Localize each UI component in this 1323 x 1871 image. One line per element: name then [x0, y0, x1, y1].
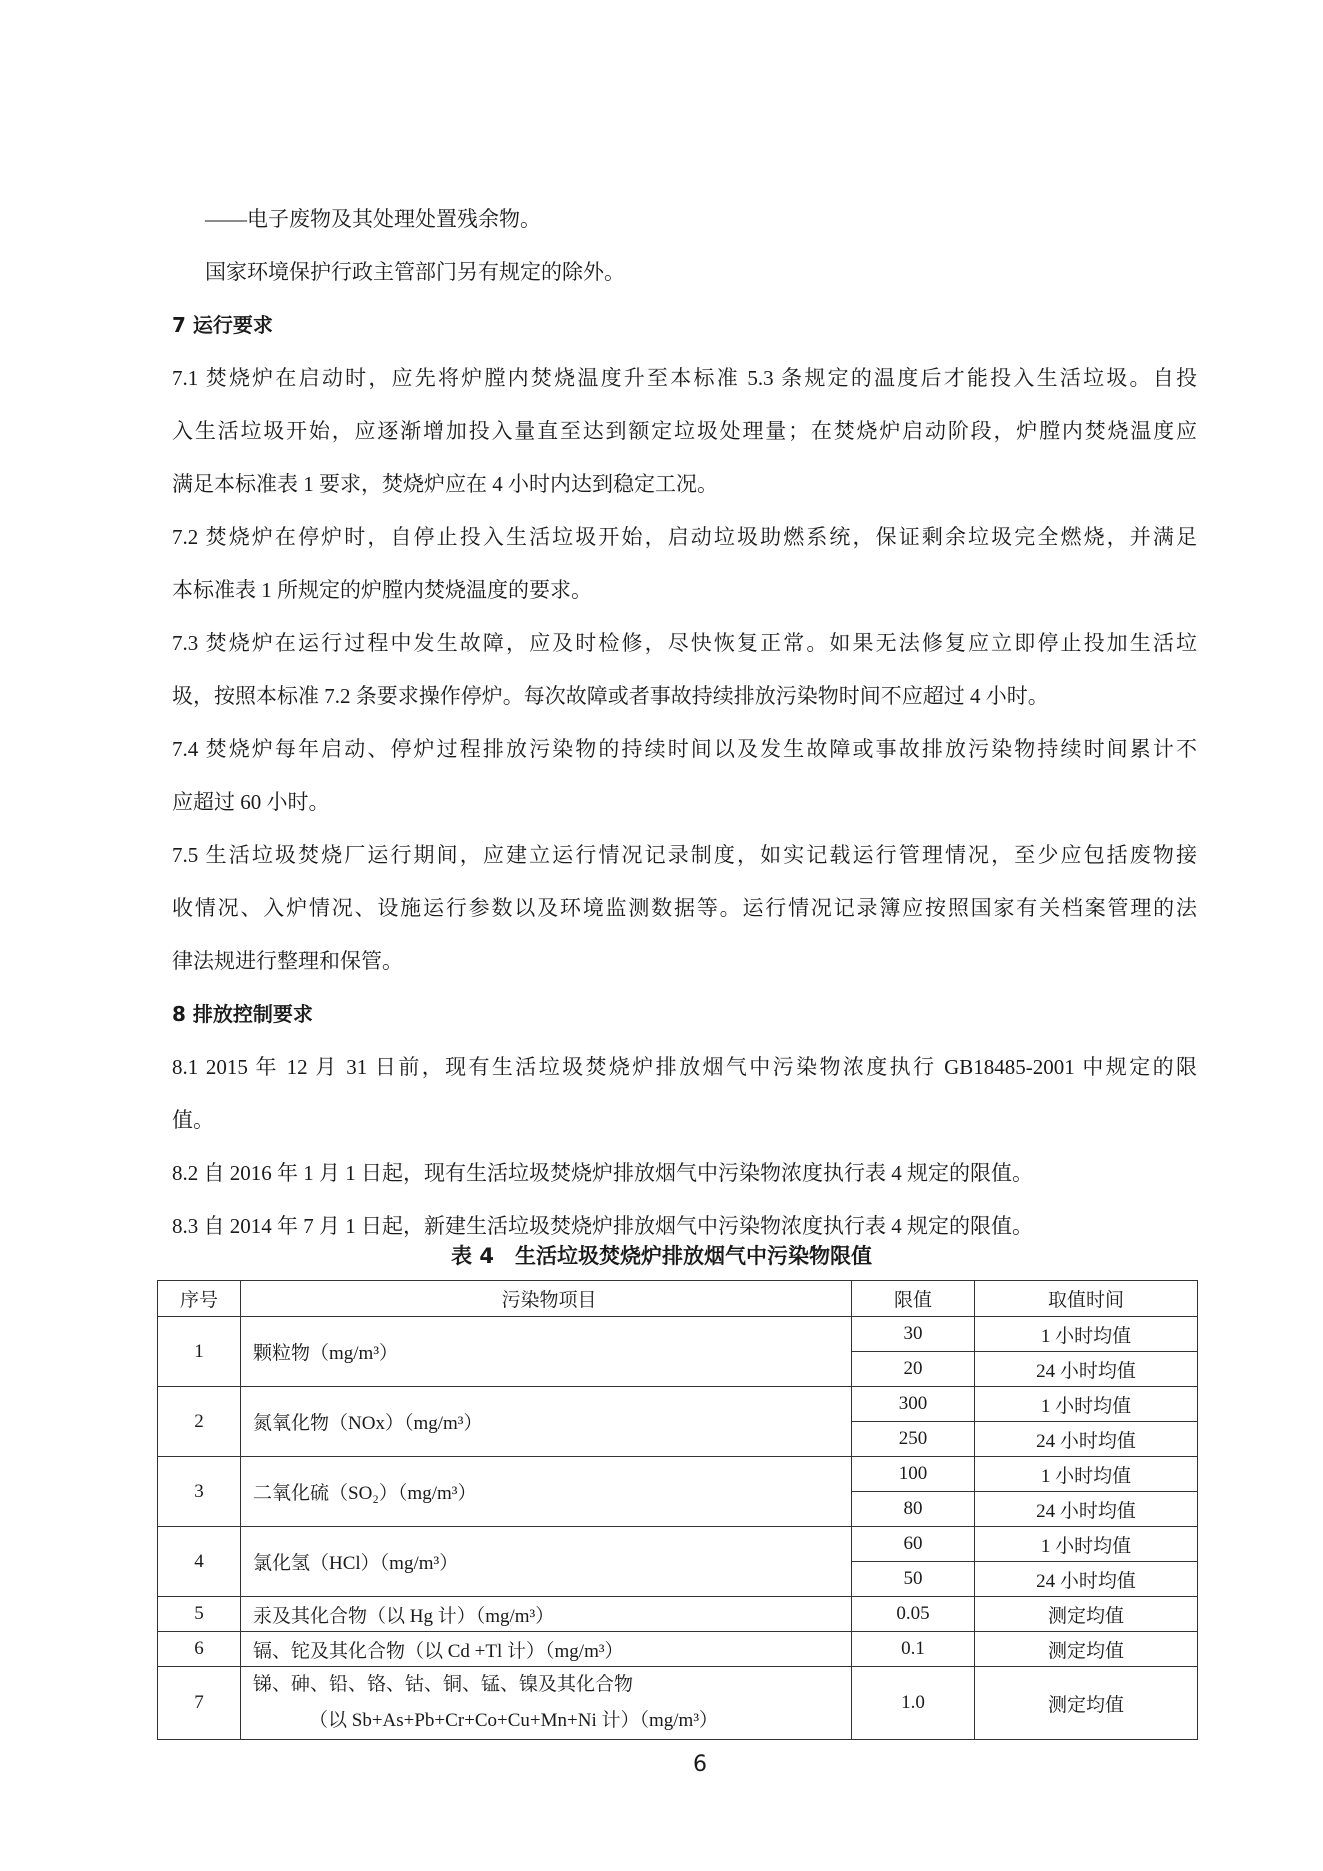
table-row: 3 二氧化硫（SO₂）（mg/m³） 100 1 小时均值 [158, 1457, 1198, 1492]
table-row: 7 锑、砷、铅、铬、钴、铜、锰、镍及其化合物 （以 Sb+As+Pb+Cr+Co… [158, 1667, 1198, 1740]
row-limit: 30 [852, 1317, 975, 1352]
row-item: 镉、铊及其化合物（以 Cd +Tl 计）（mg/m³） [241, 1632, 852, 1667]
row-time: 1 小时均值 [975, 1527, 1198, 1562]
table-title: 表 4 生活垃圾焚烧炉排放烟气中污染物限值 [0, 1240, 1323, 1270]
row-item: 二氧化硫（SO₂）（mg/m³） [241, 1457, 852, 1527]
row-item: 氯化氢（HCl）（mg/m³） [241, 1527, 852, 1597]
table-row: 4 氯化氢（HCl）（mg/m³） 60 1 小时均值 [158, 1527, 1198, 1562]
paragraph-line: 应超过 60 小时。 [172, 788, 330, 816]
paragraph-line: 国家环境保护行政主管部门另有规定的除外。 [205, 258, 625, 286]
row-limit: 250 [852, 1422, 975, 1457]
row-limit: 60 [852, 1527, 975, 1562]
row-no: 4 [158, 1527, 241, 1597]
row-limit: 50 [852, 1562, 975, 1597]
row-no: 7 [158, 1667, 241, 1740]
row-no: 2 [158, 1387, 241, 1457]
row-item-line1: 锑、砷、铅、铬、钴、铜、锰、镍及其化合物 [253, 1667, 845, 1703]
row-time: 1 小时均值 [975, 1387, 1198, 1422]
row-time: 测定均值 [975, 1632, 1198, 1667]
section-heading-7: 7 运行要求 [172, 311, 273, 339]
paragraph-line: 7.1 焚烧炉在启动时，应先将炉膛内焚烧温度升至本标准 5.3 条规定的温度后才… [172, 364, 1197, 392]
paragraph-line: 8.3 自 2014 年 7 月 1 日起，新建生活垃圾焚烧炉排放烟气中污染物浓… [172, 1212, 1033, 1240]
row-item: 颗粒物（mg/m³） [241, 1317, 852, 1387]
paragraph-line: 8.2 自 2016 年 1 月 1 日起，现有生活垃圾焚烧炉排放烟气中污染物浓… [172, 1159, 1033, 1187]
row-limit: 0.1 [852, 1632, 975, 1667]
table-header-row: 序号 污染物项目 限值 取值时间 [158, 1281, 1198, 1317]
header-no: 序号 [158, 1281, 241, 1317]
row-limit: 20 [852, 1352, 975, 1387]
row-no: 1 [158, 1317, 241, 1387]
paragraph-line: 律法规进行整理和保管。 [172, 947, 403, 975]
table-row: 5 汞及其化合物（以 Hg 计）（mg/m³） 0.05 测定均值 [158, 1597, 1198, 1632]
row-time: 24 小时均值 [975, 1492, 1198, 1527]
header-time: 取值时间 [975, 1281, 1198, 1317]
row-limit: 100 [852, 1457, 975, 1492]
header-item: 污染物项目 [241, 1281, 852, 1317]
row-item: 汞及其化合物（以 Hg 计）（mg/m³） [241, 1597, 852, 1632]
row-time: 测定均值 [975, 1597, 1198, 1632]
paragraph-line: 收情况、入炉情况、设施运行参数以及环境监测数据等。运行情况记录簿应按照国家有关档… [172, 894, 1197, 922]
paragraph-line: 值。 [172, 1106, 214, 1134]
row-no: 5 [158, 1597, 241, 1632]
header-limit: 限值 [852, 1281, 975, 1317]
paragraph-line: 7.3 焚烧炉在运行过程中发生故障，应及时检修，尽快恢复正常。如果无法修复应立即… [172, 629, 1197, 657]
table-row: 6 镉、铊及其化合物（以 Cd +Tl 计）（mg/m³） 0.1 测定均值 [158, 1632, 1198, 1667]
row-no: 6 [158, 1632, 241, 1667]
row-limit: 1.0 [852, 1667, 975, 1740]
row-item: 氮氧化物（NOx）（mg/m³） [241, 1387, 852, 1457]
row-no: 3 [158, 1457, 241, 1527]
paragraph-line: 8.1 2015 年 12 月 31 日前，现有生活垃圾焚烧炉排放烟气中污染物浓… [172, 1053, 1197, 1081]
table-row: 1 颗粒物（mg/m³） 30 1 小时均值 [158, 1317, 1198, 1352]
paragraph-line: 满足本标准表 1 要求，焚烧炉应在 4 小时内达到稳定工况。 [172, 470, 718, 498]
row-limit: 0.05 [852, 1597, 975, 1632]
paragraph-line: 7.5 生活垃圾焚烧厂运行期间，应建立运行情况记录制度，如实记载运行管理情况，至… [172, 841, 1197, 869]
paragraph-line: ——电子废物及其处理处置残余物。 [205, 205, 541, 233]
row-time: 24 小时均值 [975, 1562, 1198, 1597]
row-time: 24 小时均值 [975, 1422, 1198, 1457]
row-time: 测定均值 [975, 1667, 1198, 1740]
row-limit: 80 [852, 1492, 975, 1527]
row-item-line2: （以 Sb+As+Pb+Cr+Co+Cu+Mn+Ni 计）（mg/m³） [253, 1703, 845, 1739]
paragraph-line: 7.4 焚烧炉每年启动、停炉过程排放污染物的持续时间以及发生故障或事故排放污染物… [172, 735, 1197, 763]
paragraph-line: 7.2 焚烧炉在停炉时，自停止投入生活垃圾开始，启动垃圾助燃系统，保证剩余垃圾完… [172, 523, 1197, 551]
paragraph-line: 本标准表 1 所规定的炉膛内焚烧温度的要求。 [172, 576, 592, 604]
paragraph-line: 入生活垃圾开始，应逐渐增加投入量直至达到额定垃圾处理量；在焚烧炉启动阶段，炉膛内… [172, 417, 1197, 445]
row-limit: 300 [852, 1387, 975, 1422]
row-time: 24 小时均值 [975, 1352, 1198, 1387]
pollutant-limits-table: 序号 污染物项目 限值 取值时间 1 颗粒物（mg/m³） 30 1 小时均值 … [157, 1280, 1198, 1740]
paragraph-line: 圾，按照本标准 7.2 条要求操作停炉。每次故障或者事故持续排放污染物时间不应超… [172, 682, 1049, 710]
page-number: 6 [0, 1752, 1323, 1777]
row-item: 锑、砷、铅、铬、钴、铜、锰、镍及其化合物 （以 Sb+As+Pb+Cr+Co+C… [241, 1667, 852, 1740]
section-heading-8: 8 排放控制要求 [172, 1000, 313, 1028]
row-time: 1 小时均值 [975, 1457, 1198, 1492]
table-row: 2 氮氧化物（NOx）（mg/m³） 300 1 小时均值 [158, 1387, 1198, 1422]
row-time: 1 小时均值 [975, 1317, 1198, 1352]
